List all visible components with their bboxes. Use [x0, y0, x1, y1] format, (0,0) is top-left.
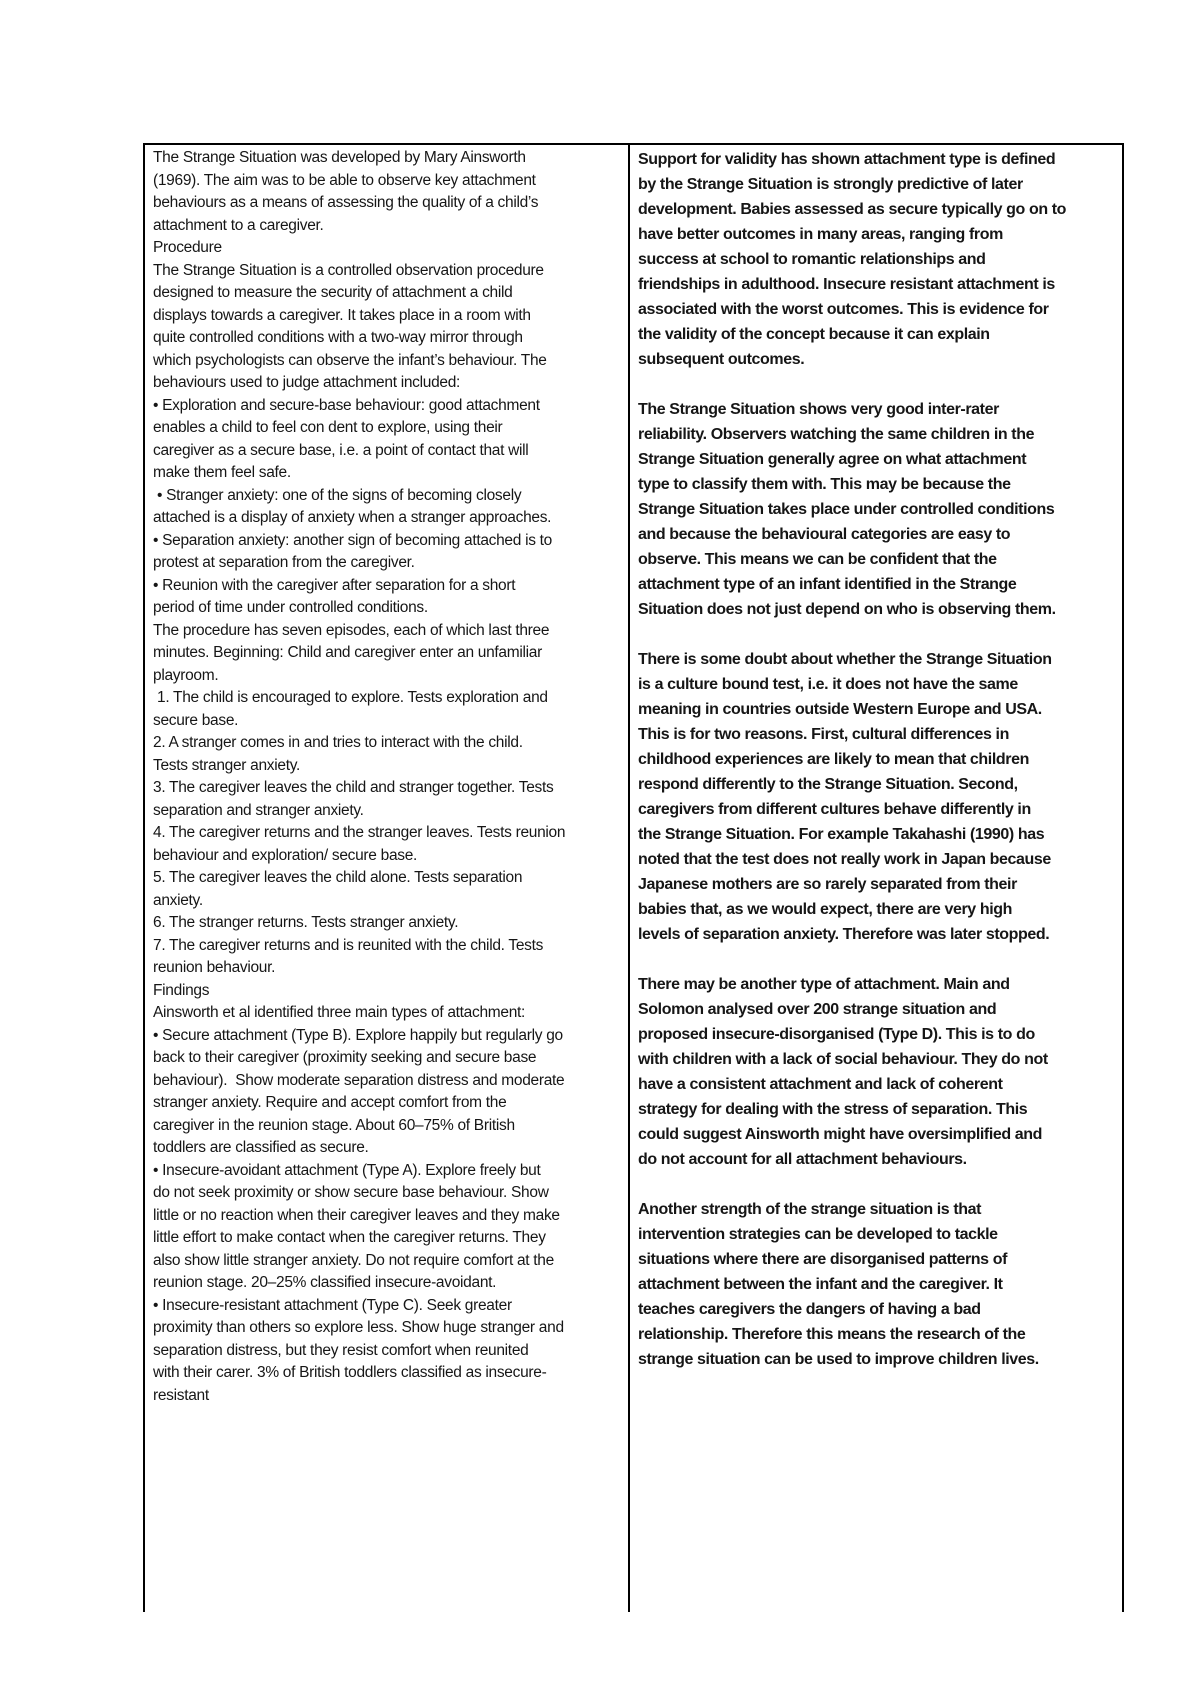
- left-column-cell: The Strange Situation was developed by M…: [143, 143, 630, 1612]
- left-column-text: The Strange Situation was developed by M…: [145, 145, 628, 1407]
- document-page: The Strange Situation was developed by M…: [0, 0, 1200, 1698]
- right-column-cell: Support for validity has shown attachmen…: [630, 143, 1124, 1612]
- right-column-text: Support for validity has shown attachmen…: [630, 145, 1122, 1372]
